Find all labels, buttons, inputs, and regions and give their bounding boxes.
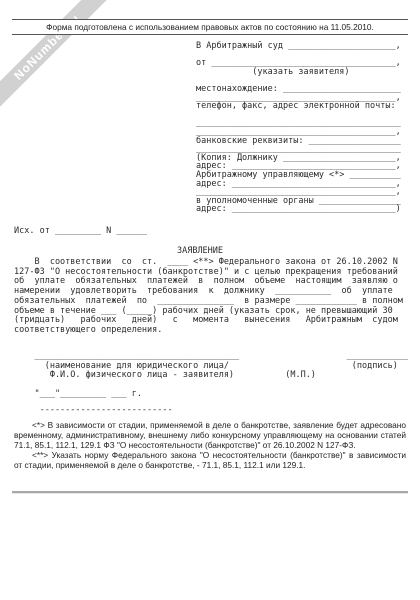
footnote-separator: --------------------------: [14, 406, 173, 415]
statement-paragraph: В соответствии со ст. ____ <**> Федераль…: [14, 258, 403, 336]
outgoing-number-line: Исх. от _________ N ______: [14, 227, 147, 236]
watermark: NoNumber.ru: [0, 0, 113, 113]
footnote-2: <**> Указать норму Федерального закона "…: [14, 450, 406, 470]
document-title: ЗАЯВЛЕНИЕ: [0, 246, 400, 256]
header-note: Форма подготовлена с использованием прав…: [12, 19, 408, 35]
court-address-block: В Арбитражный суд _____________________,…: [196, 42, 401, 214]
document-page: NoNumber.ru Форма подготовлена с использ…: [0, 0, 420, 600]
signature-block: ________________________________________…: [14, 352, 408, 381]
date-line: "___"_________ ___ г.: [14, 390, 142, 399]
footnotes-section: <*> В зависимости от стадии, применяемой…: [14, 420, 406, 470]
bottom-rule: [12, 491, 408, 494]
footnote-1: <*> В зависимости от стадии, применяемой…: [14, 420, 406, 450]
